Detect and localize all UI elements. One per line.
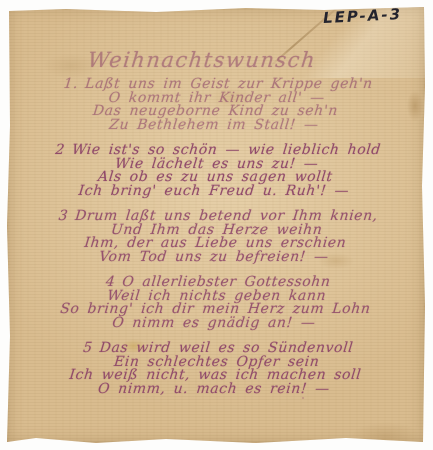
stanza-4: 4O allerliebster Gottessohn Weil ich nic… [18,276,414,330]
stanza-1: 1.Laßt uns im Geist zur Krippe geh'n O k… [18,78,414,132]
poem-line: O nimm es gnädig an! — [18,317,409,331]
stanza-number: 1. [63,76,79,92]
manuscript-paper: LEP-A-3 Weihnachtswunsch 1.Laßt uns im G… [6,6,426,444]
stanza-number: 3 [58,208,69,224]
poem-line: Zu Bethlehem im Stall! — [18,119,409,133]
poem-line: Ich bring' euch Freud u. Ruh'! — [18,185,409,199]
poem-title: Weihnachtswunsch [0,48,413,72]
stanza-2: 2Wie ist's so schön — wie lieblich hold … [18,144,414,198]
stanza-3: 3Drum laßt uns betend vor Ihm knien, Und… [18,210,414,264]
stanza-number: 2 [55,142,66,158]
stanza-number: 5 [82,340,93,356]
scanned-document: LEP-A-3 Weihnachtswunsch 1.Laßt uns im G… [0,0,433,450]
stanza-5: 5Das wird weil es so Sündenvoll Ein schl… [18,342,414,396]
poem-body: 1.Laßt uns im Geist zur Krippe geh'n O k… [21,78,411,408]
poem-line: O nimm, u. mach es rein! — [18,383,409,397]
poem-line: Vom Tod uns zu befreien! — [18,251,409,265]
archive-label: LEP-A-3 [323,5,403,27]
